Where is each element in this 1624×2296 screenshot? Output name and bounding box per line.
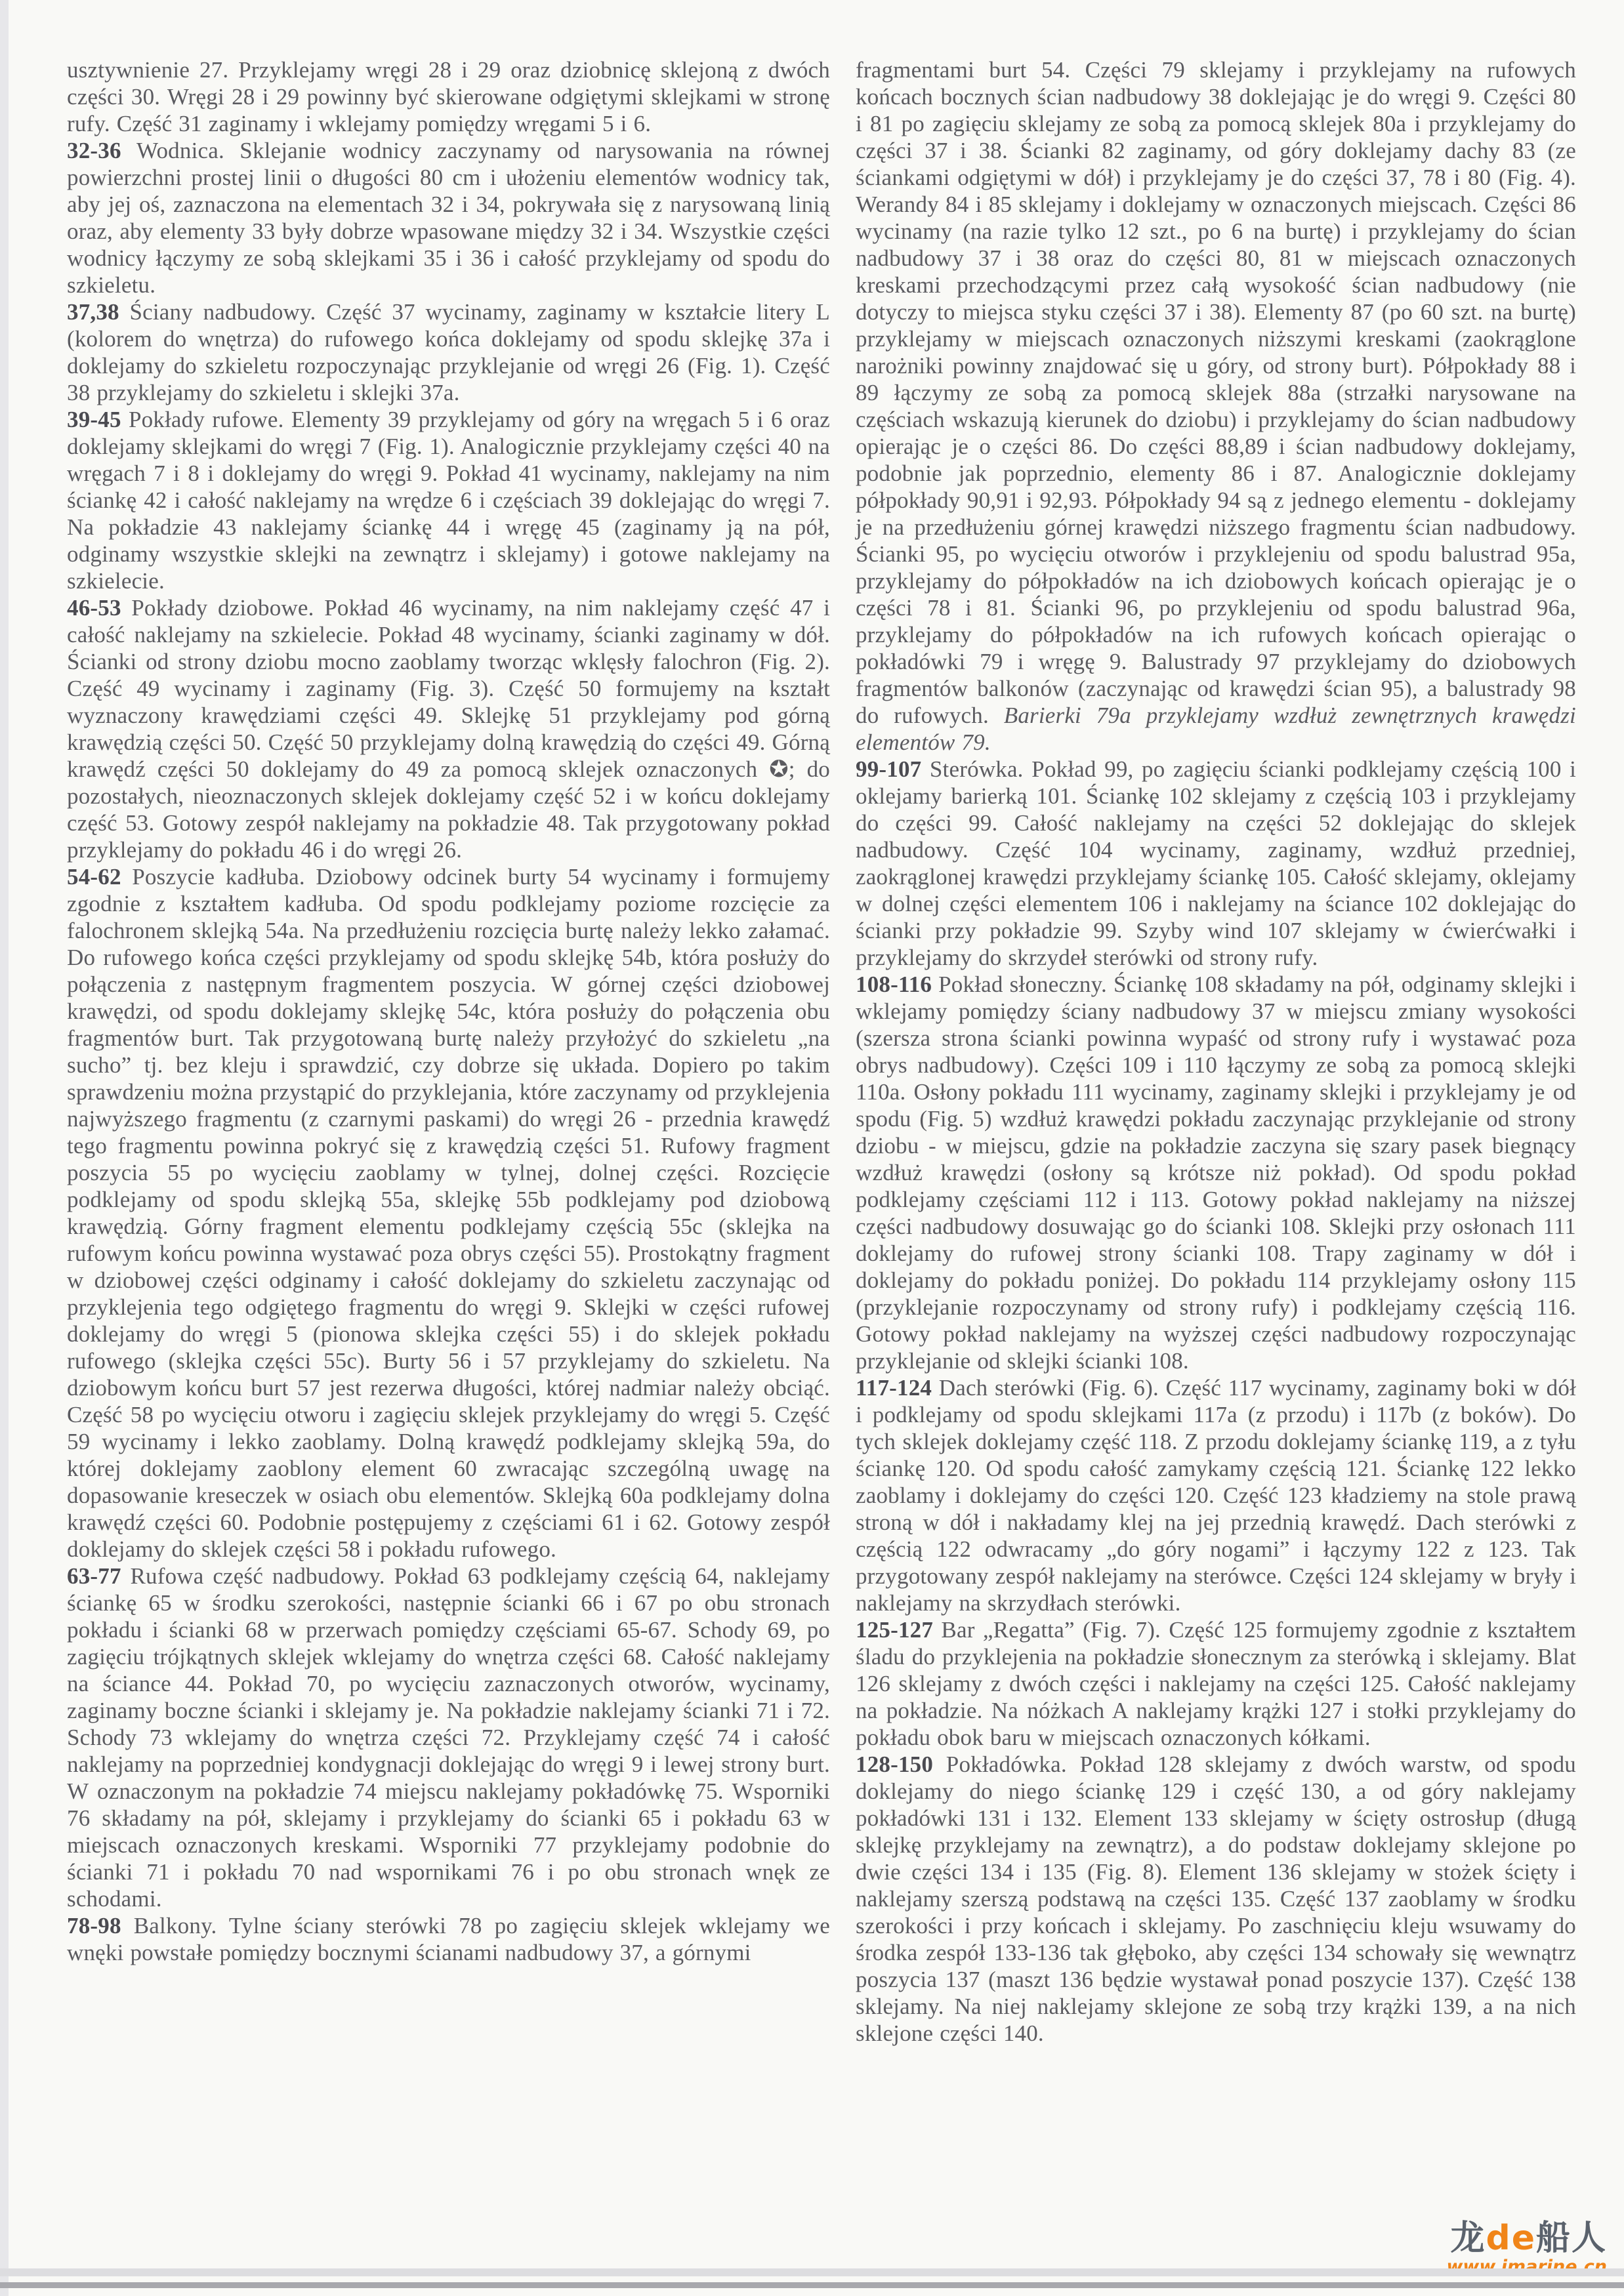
- instruction-paragraph: usztywnienie 27. Przyklejamy wręgi 28 i …: [67, 56, 830, 137]
- section-range: 78-98: [67, 1913, 134, 1938]
- section-text: Wodnica. Sklejanie wodnicy zaczynamy od …: [67, 138, 830, 298]
- section-range: 117-124: [856, 1375, 939, 1401]
- text-column-right: fragmentami burt 54. Części 79 sklejamy …: [856, 56, 1576, 2047]
- section-text: Pokładówka. Pokład 128 sklejamy z dwóch …: [856, 1752, 1576, 2046]
- section-range: 108-116: [856, 972, 938, 997]
- instruction-paragraph: 39-45 Pokłady rufowe. Elementy 39 przykl…: [67, 406, 830, 594]
- instruction-paragraph: 37,38 Ściany nadbudowy. Część 37 wycinam…: [67, 298, 830, 406]
- section-text: Pokłady dziobowe. Pokład 46 wycinamy, na…: [67, 595, 830, 863]
- section-range: 37,38: [67, 299, 129, 325]
- section-range: 32-36: [67, 138, 136, 163]
- section-text: Pokłady rufowe. Elementy 39 przyklejamy …: [67, 407, 830, 594]
- instruction-paragraph: 63-77 Rufowa część nadbudowy. Pokład 63 …: [67, 1563, 830, 1912]
- instruction-paragraph: 128-150 Pokładówka. Pokład 128 sklejamy …: [856, 1751, 1576, 2047]
- section-text: Rufowa część nadbudowy. Pokład 63 podkle…: [67, 1563, 830, 1912]
- section-text: usztywnienie 27. Przyklejamy wręgi 28 i …: [67, 57, 830, 136]
- watermark-logo-text: 龙de船人: [1446, 2221, 1607, 2257]
- section-text: Dach sterówki (Fig. 6). Część 117 wycina…: [856, 1375, 1576, 1616]
- instruction-paragraph: 78-98 Balkony. Tylne ściany sterówki 78 …: [67, 1912, 830, 1966]
- scan-edge-left: [0, 0, 9, 2296]
- watermark-de: de: [1486, 2219, 1536, 2258]
- section-range: 39-45: [67, 407, 129, 432]
- instruction-paragraph: 54-62 Poszycie kadłuba. Dziobowy odcinek…: [67, 863, 830, 1563]
- section-range: 54-62: [67, 864, 132, 890]
- section-text: Poszycie kadłuba. Dziobowy odcinek burty…: [67, 864, 830, 1562]
- section-range: 99-107: [856, 756, 930, 782]
- scan-rule-bottom-dark: [0, 2282, 1624, 2288]
- section-text: Sterówka. Pokład 99, po zagięciu ścianki…: [856, 756, 1576, 970]
- section-range: 125-127: [856, 1617, 941, 1643]
- instruction-paragraph: 99-107 Sterówka. Pokład 99, po zagięciu …: [856, 756, 1576, 971]
- section-text: Ściany nadbudowy. Część 37 wycinamy, zag…: [67, 299, 830, 405]
- section-range: 46-53: [67, 595, 131, 621]
- watermark-cn-right: 船人: [1536, 2219, 1607, 2258]
- instruction-paragraph: 125-127 Bar „Regatta” (Fig. 7). Część 12…: [856, 1616, 1576, 1751]
- instruction-paragraph: fragmentami burt 54. Części 79 sklejamy …: [856, 56, 1576, 756]
- watermark-cn-left: 龙: [1450, 2219, 1486, 2258]
- section-text: Bar „Regatta” (Fig. 7). Część 125 formuj…: [856, 1617, 1576, 1750]
- scanned-instruction-page: usztywnienie 27. Przyklejamy wręgi 28 i …: [0, 0, 1624, 2296]
- section-range: 63-77: [67, 1563, 130, 1589]
- instruction-paragraph: 117-124 Dach sterówki (Fig. 6). Część 11…: [856, 1374, 1576, 1616]
- instruction-paragraph: 46-53 Pokłady dziobowe. Pokład 46 wycina…: [67, 594, 830, 863]
- section-text: Balkony. Tylne ściany sterówki 78 po zag…: [67, 1913, 830, 1965]
- scan-rule-bottom-light: [0, 2268, 1624, 2276]
- instruction-paragraph: 108-116 Pokład słoneczny. Ściankę 108 sk…: [856, 971, 1576, 1374]
- section-text: Pokład słoneczny. Ściankę 108 składamy n…: [856, 972, 1576, 1374]
- section-text: fragmentami burt 54. Części 79 sklejamy …: [856, 57, 1576, 728]
- instruction-paragraph: 32-36 Wodnica. Sklejanie wodnicy zaczyna…: [67, 137, 830, 298]
- section-range: 128-150: [856, 1752, 946, 1777]
- text-column-left: usztywnienie 27. Przyklejamy wręgi 28 i …: [67, 56, 830, 1966]
